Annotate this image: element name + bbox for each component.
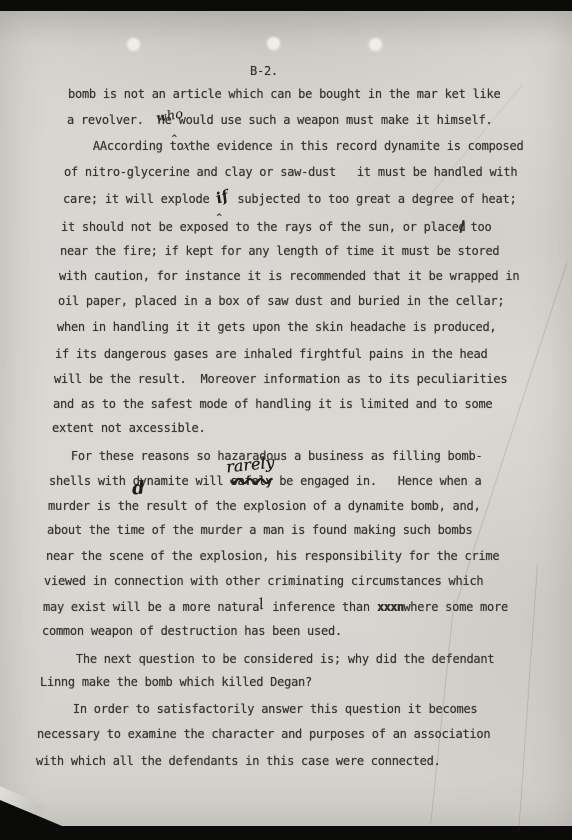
typed-text: may exist will be a more natura (43, 600, 259, 614)
typed-text: it should not be exposed to the rays of … (61, 220, 466, 234)
typed-text: inference than (265, 600, 377, 614)
handwritten-if: if (214, 188, 231, 207)
typed-line: near the scene of the explosion, his res… (46, 548, 499, 564)
typed-line: Linng make the bomb which killed Degan? (40, 674, 312, 690)
punch-hole (127, 38, 140, 51)
typed-line: The next question to be considered is; w… (41, 651, 494, 667)
correction-anchor: rarelysafely (230, 474, 272, 488)
typed-text: too (464, 220, 492, 234)
typed-line: and as to the safest mode of handling it… (53, 396, 492, 412)
typed-line: shells with ddynamite will rarelysafely … (49, 473, 481, 489)
typed-line: may exist will be a more natural inferen… (43, 598, 508, 615)
document-page: B-2. bomb is not an article which can be… (0, 11, 572, 826)
typed-line: when in handling it it gets upon the ski… (57, 319, 496, 335)
typed-line: extent not axcessible. (52, 420, 205, 436)
typed-line: will be the result. Moreover information… (54, 371, 507, 387)
scanned-photo-frame: B-2. bomb is not an article which can be… (0, 0, 572, 840)
handwritten-d: d (131, 480, 145, 497)
struck-out-word: safely (230, 474, 272, 488)
handwritten-rarely: rarely (226, 455, 276, 476)
typed-line: it should not be exposed to the rays of … (61, 219, 491, 235)
typed-text: the evidence in this record dynamite is … (189, 139, 524, 153)
typed-text: care; it will explode (63, 192, 216, 206)
punch-hole (267, 37, 280, 50)
paper-crease (518, 565, 538, 834)
typed-line: near the fire; if kept for any length of… (60, 243, 499, 259)
typed-line: of nitro-glycerine and clay or saw-dust … (64, 164, 517, 180)
typed-text: AAccording to (65, 139, 184, 153)
typed-line: with which all the defendants in this ca… (36, 753, 441, 769)
punch-hole (369, 38, 382, 51)
typed-line: viewed in connection with other criminat… (44, 573, 483, 589)
typed-text: shells with (49, 474, 133, 488)
typed-text: would use such a weapon must make it him… (172, 113, 493, 127)
typed-line: necessary to examine the character and p… (37, 726, 490, 742)
typed-text: be engaged in. Hence when a (272, 474, 481, 488)
typed-line: care; it will explode if^ subjected to t… (63, 191, 516, 207)
typed-text: dynamite will (133, 474, 231, 488)
typed-text: where some more (403, 600, 508, 614)
typed-line: oil paper, placed in a box of saw dust a… (58, 293, 504, 309)
typed-line: AAccording toxthe evidence in this recor… (65, 138, 523, 155)
typed-line: common weapon of destruction has been us… (42, 623, 342, 639)
typed-line: about the time of the murder a man is fo… (47, 522, 472, 538)
page-label: B-2. (250, 63, 278, 79)
typed-line: bomb is not an article which can be boug… (68, 86, 500, 102)
typed-line: with caution, for instance it is recomme… (59, 268, 519, 284)
typed-text: subjected to too great a degree of heat; (230, 192, 516, 206)
overtyped-strikeout: xxxn (377, 600, 404, 614)
typed-line: murder is the result of the explosion of… (48, 498, 480, 514)
typed-line: In order to satisfactorily answer this q… (38, 701, 477, 717)
typed-line: if its dangerous gases are inhaled firgh… (55, 346, 487, 362)
typed-line: a revolver. Hewho^ would use such a weap… (67, 112, 492, 128)
